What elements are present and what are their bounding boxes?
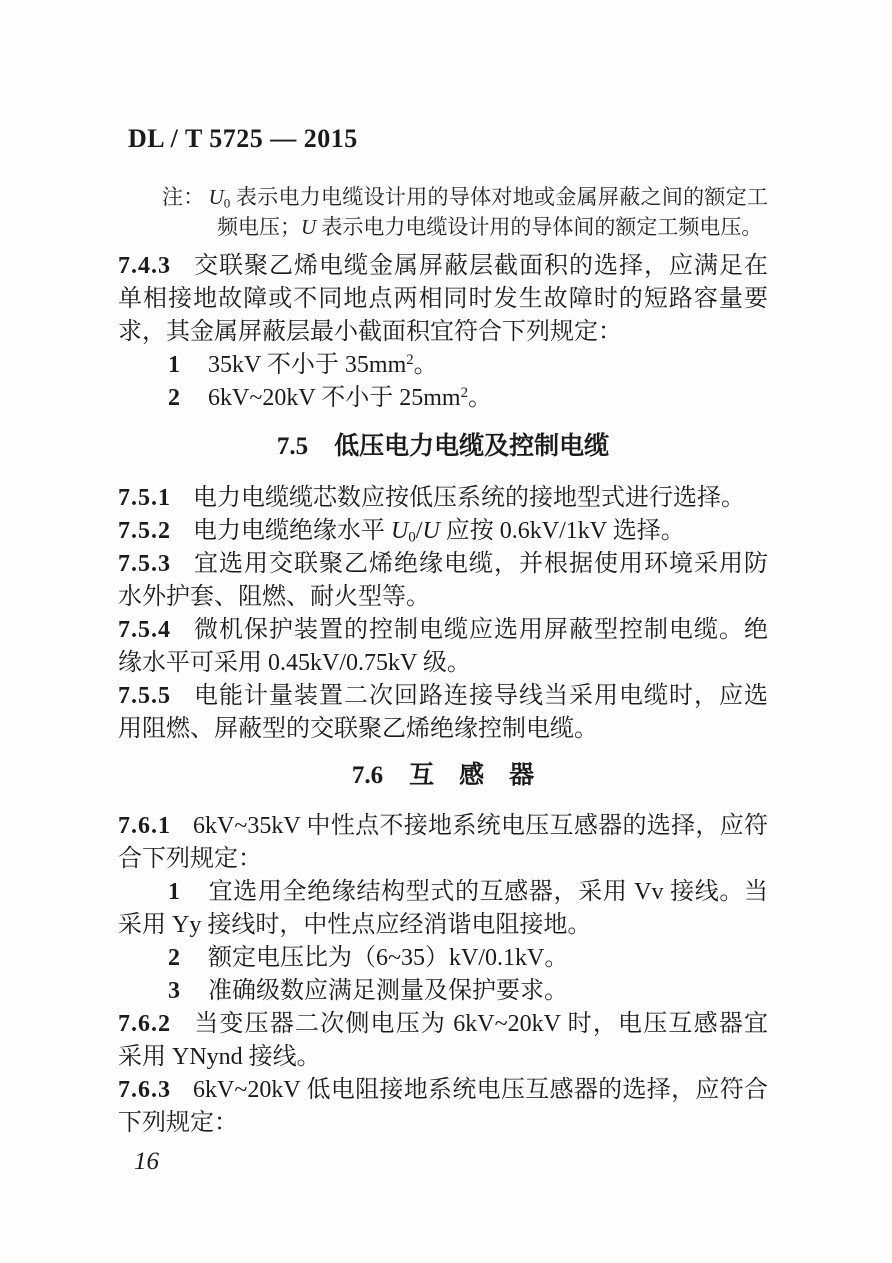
clause-text: 微机保护装置的控制电缆应选用屏蔽型控制电缆。绝缘水平可采用 0.45kV/0.7… [118, 617, 768, 676]
clause-7-5-3: 7.5.3宜选用交联聚乙烯绝缘电缆，并根据使用环境采用防水外护套、阻燃、耐火型等… [118, 548, 768, 614]
section-title: 互 感 器 [409, 762, 534, 789]
section-number: 7.6 [352, 762, 383, 789]
clause-7-6-1: 7.6.16kV~35kV 中性点不接地系统电压互感器的选择，应符合下列规定： [118, 810, 768, 876]
clause-number: 7.5.4 [118, 617, 171, 643]
note-block: 注：U0 表示电力电缆设计用的导体对地或金属屏蔽之间的额定工频电压；U 表示电力… [118, 182, 768, 242]
clause-number: 7.5.3 [118, 551, 171, 577]
clause-number: 7.6.3 [118, 1077, 171, 1103]
item-number: 1 [168, 352, 180, 378]
clause-text: 宜选用交联聚乙烯绝缘电缆，并根据使用环境采用防水外护套、阻燃、耐火型等。 [118, 551, 768, 610]
item-text-end: 。 [414, 352, 438, 378]
clause-text-post: 应按 0.6kV/1kV 选择。 [440, 518, 685, 544]
note-text-2: 表示电力电缆设计用的导体间的额定工频电压。 [316, 215, 762, 239]
u0-symbol: U [209, 185, 224, 209]
clause-text: 当变压器二次侧电压为 6kV~20kV 时，电压互感器宜采用 YNynd 接线。 [118, 1011, 768, 1070]
clause-7-4-3: 7.4.3交联聚乙烯电缆金属屏蔽层截面积的选择，应满足在单相接地故障或不同地点两… [118, 250, 768, 349]
item-number: 3 [168, 978, 180, 1004]
clause-text: 电能计量装置二次回路连接导线当采用电缆时，应选用阻燃、屏蔽型的交联聚乙烯绝缘控制… [118, 683, 768, 742]
item-number: 1 [168, 879, 180, 905]
square-superscript: 2 [461, 385, 468, 401]
clause-7-4-3-item-2: 26kV~20kV 不小于 25mm2。 [118, 382, 768, 415]
section-heading-7-6: 7.6互 感 器 [118, 760, 768, 792]
item-text: 准确级数应满足测量及保护要求。 [208, 978, 568, 1004]
clause-7-5-1: 7.5.1电力电缆缆芯数应按低压系统的接地型式进行选择。 [118, 482, 768, 515]
clause-7-6-2: 7.6.2当变压器二次侧电压为 6kV~20kV 时，电压互感器宜采用 YNyn… [118, 1008, 768, 1074]
clause-text: 电力电缆缆芯数应按低压系统的接地型式进行选择。 [193, 485, 745, 511]
clause-number: 7.6.1 [118, 813, 171, 839]
clause-7-6-3: 7.6.36kV~20kV 低电阻接地系统电压互感器的选择，应符合下列规定： [118, 1074, 768, 1140]
item-text: 宜选用全绝缘结构型式的互感器，采用 Vv 接线。当采用 Yy 接线时，中性点应经… [118, 879, 768, 938]
clause-number: 7.5.5 [118, 683, 171, 709]
page-number: 16 [134, 1145, 768, 1178]
clause-number: 7.5.1 [118, 485, 171, 511]
clause-number: 7.5.2 [118, 518, 171, 544]
u-symbol: U [422, 518, 439, 544]
clause-text: 6kV~35kV 中性点不接地系统电压互感器的选择，应符合下列规定： [118, 813, 768, 872]
clause-7-5-4: 7.5.4微机保护装置的控制电缆应选用屏蔽型控制电缆。绝缘水平可采用 0.45k… [118, 614, 768, 680]
clause-text-pre: 电力电缆绝缘水平 [193, 518, 391, 544]
item-text: 35kV 不小于 35mm [208, 352, 406, 378]
item-text: 6kV~20kV 不小于 25mm [208, 385, 461, 411]
note-label: 注： [162, 185, 205, 209]
square-superscript: 2 [406, 352, 413, 368]
item-text: 额定电压比为（6~35）kV/0.1kV。 [208, 945, 568, 971]
item-number: 2 [168, 945, 180, 971]
clause-text: 6kV~20kV 低电阻接地系统电压互感器的选择，应符合下列规定： [118, 1077, 768, 1136]
section-heading-7-5: 7.5低压电力电缆及控制电缆 [118, 431, 768, 463]
clause-7-5-5: 7.5.5电能计量装置二次回路连接导线当采用电缆时，应选用阻燃、屏蔽型的交联聚乙… [118, 680, 768, 746]
clause-number: 7.4.3 [118, 253, 171, 279]
u-symbol: U [301, 215, 316, 239]
document-page: DL / T 5725 — 2015 注：U0 表示电力电缆设计用的导体对地或金… [0, 0, 892, 1263]
u0-subscript: 0 [408, 530, 415, 546]
clause-number: 7.6.2 [118, 1011, 171, 1037]
clause-7-6-1-item-1: 1宜选用全绝缘结构型式的互感器，采用 Vv 接线。当采用 Yy 接线时，中性点应… [118, 876, 768, 942]
clause-7-4-3-item-1: 135kV 不小于 35mm2。 [118, 349, 768, 382]
item-text-end: 。 [468, 385, 492, 411]
clause-7-6-1-item-2: 2额定电压比为（6~35）kV/0.1kV。 [118, 942, 768, 975]
section-number: 7.5 [277, 433, 308, 460]
u0-symbol: U [391, 518, 408, 544]
clause-7-6-1-item-3: 3准确级数应满足测量及保护要求。 [118, 975, 768, 1008]
standard-code: DL / T 5725 — 2015 [128, 124, 768, 154]
item-number: 2 [168, 385, 180, 411]
section-title: 低压电力电缆及控制电缆 [334, 433, 609, 460]
clause-text: 交联聚乙烯电缆金属屏蔽层截面积的选择，应满足在单相接地故障或不同地点两相同时发生… [118, 253, 768, 345]
clause-7-5-2: 7.5.2电力电缆绝缘水平 U0/U 应按 0.6kV/1kV 选择。 [118, 515, 768, 548]
